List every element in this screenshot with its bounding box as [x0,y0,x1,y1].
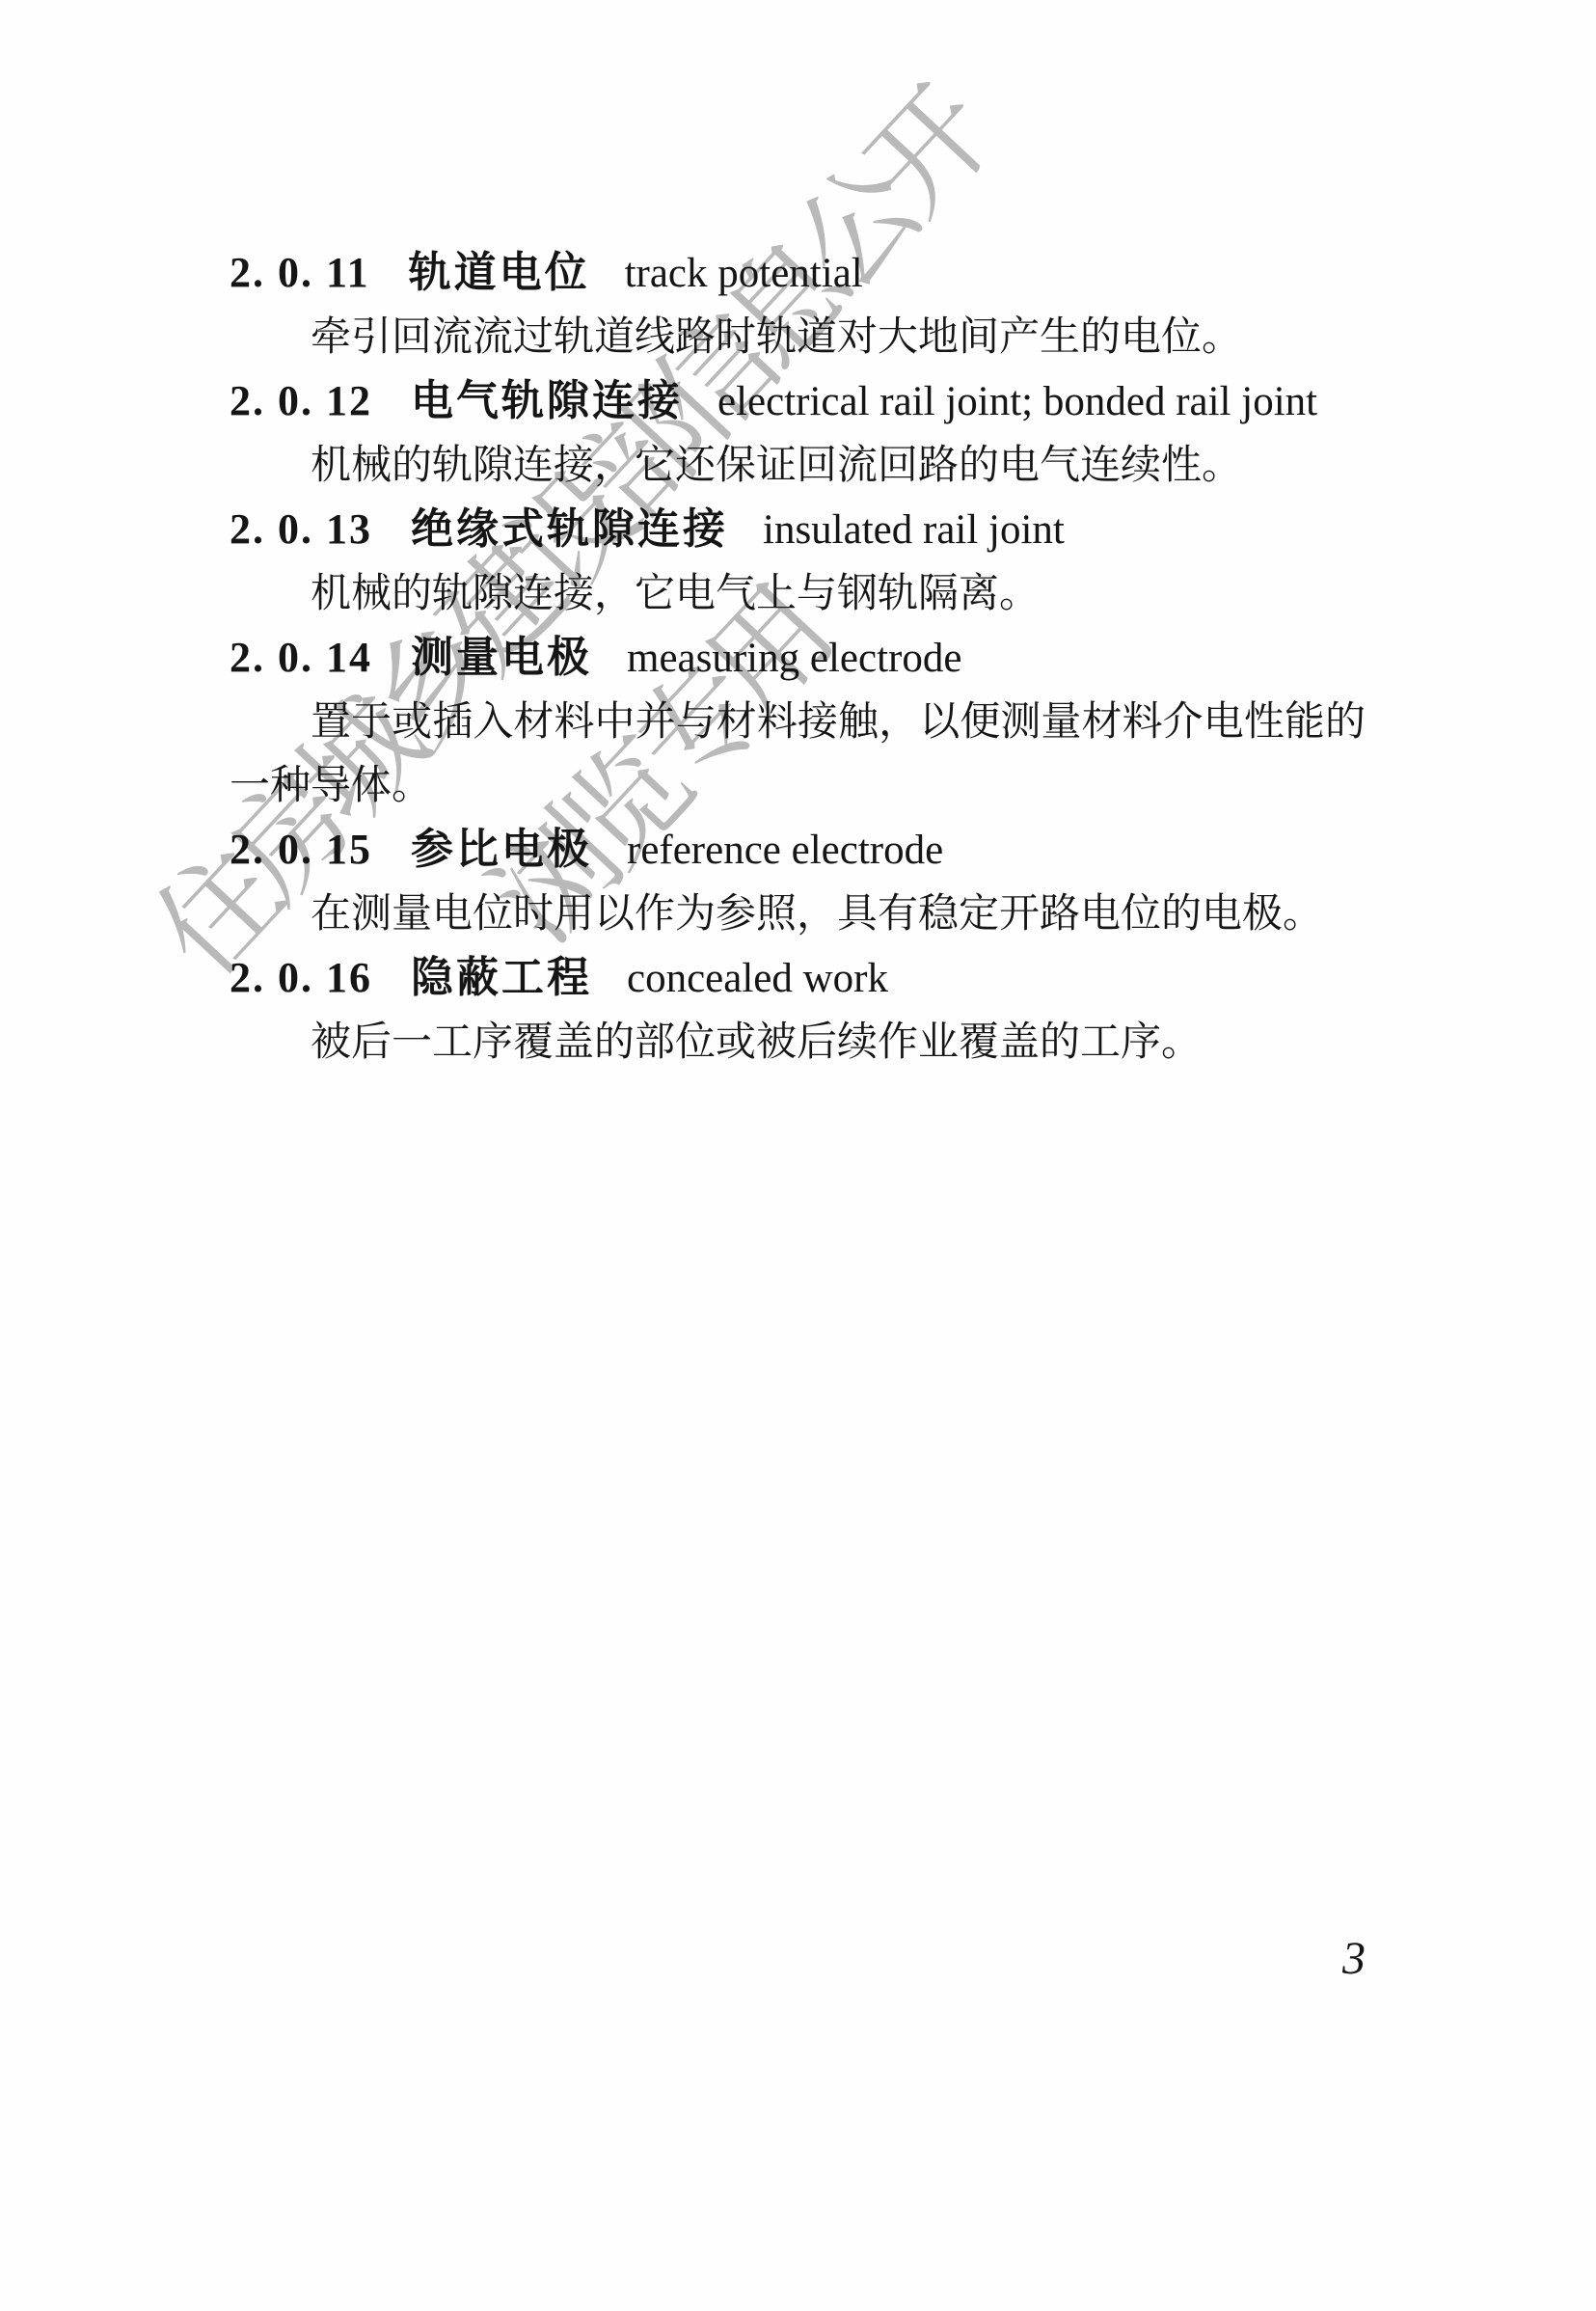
term-zh: 隐蔽工程 [411,954,592,1001]
term-entry: 2. 0. 16隐蔽工程concealed work 被后一工序覆盖的部位或被后… [230,946,1366,1074]
term-entry: 2. 0. 15参比电极reference electrode 在测量电位时用以… [230,818,1366,946]
term-number: 2. 0. 13 [230,505,372,553]
term-number: 2. 0. 14 [230,634,372,681]
term-heading: 2. 0. 15参比电极reference electrode [230,818,1366,883]
term-zh: 绝缘式轨隙连接 [411,505,728,553]
term-definition: 机械的轨隙连接，它电气上与钢轨隔离。 [230,562,1366,626]
term-heading: 2. 0. 14测量电极measuring electrode [230,626,1366,691]
term-heading: 2. 0. 12电气轨隙连接electrical rail joint; bon… [230,369,1366,434]
term-heading: 2. 0. 16隐蔽工程concealed work [230,946,1366,1011]
term-definition: 在测量电位时用以作为参照，具有稳定开路电位的电极。 [230,883,1366,946]
term-zh: 轨道电位 [409,249,590,296]
term-number: 2. 0. 12 [230,377,372,424]
term-en: electrical rail joint; bonded rail joint [717,379,1317,424]
term-en: reference electrode [627,828,943,873]
term-number: 2. 0. 16 [230,954,372,1001]
term-definition: 被后一工序覆盖的部位或被后续作业覆盖的工序。 [230,1011,1366,1074]
term-number: 2. 0. 15 [230,826,372,873]
term-heading: 2. 0. 13绝缘式轨隙连接insulated rail joint [230,498,1366,562]
term-en: concealed work [627,956,888,1001]
term-zh: 测量电极 [411,634,592,681]
terminology-section: 2. 0. 11轨道电位track potential 牵引回流流过轨道线路时轨… [230,241,1366,1074]
term-en: measuring electrode [627,636,961,681]
document-page: 住房城乡建设部信息公开 浏览专用 2. 0. 11轨道电位track poten… [0,0,1596,2311]
term-en: track potential [625,251,863,296]
term-entry: 2. 0. 14测量电极measuring electrode 置于或插入材料中… [230,626,1366,818]
term-number: 2. 0. 11 [230,249,370,296]
term-definition: 置于或插入材料中并与材料接触，以便测量材料介电性能的一种导体。 [230,691,1366,818]
term-zh: 电气轨隙连接 [411,377,683,424]
term-entry: 2. 0. 13绝缘式轨隙连接insulated rail joint 机械的轨… [230,498,1366,626]
term-entry: 2. 0. 12电气轨隙连接electrical rail joint; bon… [230,369,1366,498]
term-entry: 2. 0. 11轨道电位track potential 牵引回流流过轨道线路时轨… [230,241,1366,369]
term-definition: 牵引回流流过轨道线路时轨道对大地间产生的电位。 [230,306,1366,369]
term-definition: 机械的轨隙连接，它还保证回流回路的电气连续性。 [230,434,1366,498]
term-heading: 2. 0. 11轨道电位track potential [230,241,1366,306]
term-en: insulated rail joint [763,507,1065,553]
page-number: 3 [1342,1931,1366,1987]
term-zh: 参比电极 [411,826,592,873]
